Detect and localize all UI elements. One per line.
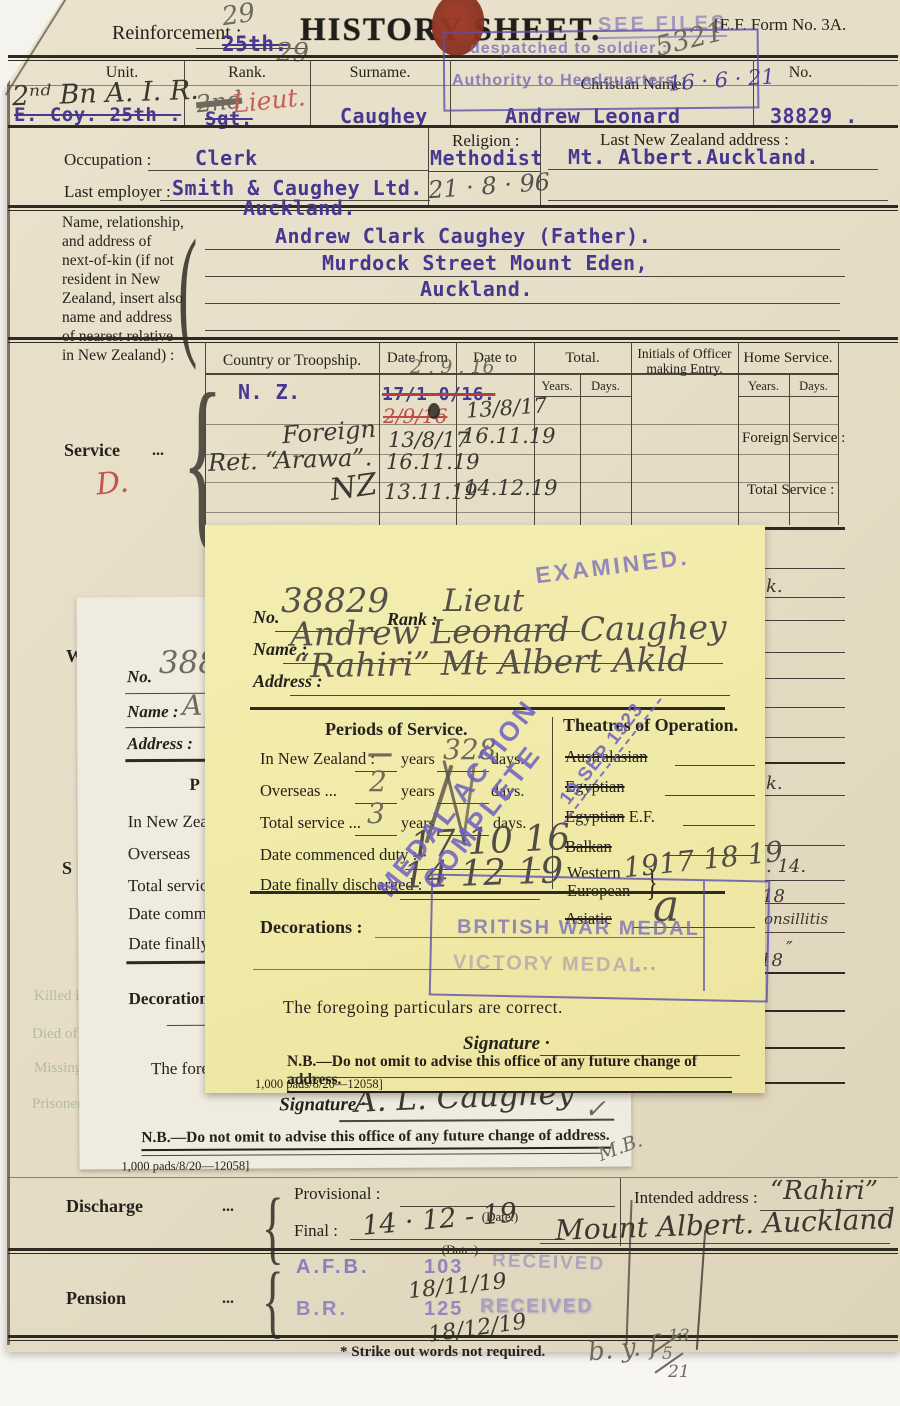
last-nz-address-value: Mt. Albert.Auckland. [568, 145, 819, 169]
wc-overseas: Overseas [128, 844, 190, 864]
wc-in-nz-frag: In New Zea [128, 812, 208, 832]
service-row1-country: N. Z. [238, 380, 301, 404]
ghost-label-died: Died of [32, 1026, 77, 1043]
rule [8, 205, 898, 208]
total-service-label: Total Service : [747, 482, 834, 499]
col-initials-officer: Initials of Officer making Entry. [633, 346, 736, 376]
nok-label-line: next-of-kin (if not [62, 251, 196, 270]
yellow-medal-card: EXAMINED. No. 38829 Rank : Lieut Name : … [205, 525, 765, 1093]
hline [755, 527, 845, 530]
col-surname: Surname. [310, 64, 450, 82]
last-employer-label: Last employer : [64, 182, 171, 202]
yc-no-label: No. [253, 607, 280, 628]
hline [760, 568, 845, 569]
hline [665, 795, 755, 796]
subcol-years: Years. [534, 379, 580, 394]
reinforcement-pencil: 29 [220, 0, 257, 32]
theatre-western-value: 1917 18 19 [622, 835, 785, 885]
provisional-label: Provisional : [294, 1184, 380, 1204]
hline [148, 170, 428, 171]
hline [125, 727, 207, 728]
wc-periods-frag: P [189, 775, 199, 795]
yc-signature-label: Signature · [463, 1033, 550, 1055]
hline [534, 396, 631, 397]
decorations-label: Decorations : [260, 917, 362, 938]
hline [760, 1082, 845, 1084]
occupation-value: Clerk [195, 146, 258, 170]
service-d-mark: D. [94, 464, 130, 502]
hline [350, 1239, 565, 1240]
hline [290, 695, 730, 696]
unit-struck: E. Coy. 25th . [14, 104, 181, 126]
subcol-days: Days. [580, 379, 631, 394]
employer-city-value: Auckland. [243, 196, 356, 220]
ghost-label-missing: Missing [34, 1060, 82, 1077]
footer-fraction-top: 13 [668, 1326, 690, 1346]
vline [703, 881, 705, 991]
theatres-of-operation-title: Theatres of Operation. [563, 715, 738, 736]
margin-frag: ″ [786, 938, 793, 959]
wc-no-label: No. [127, 667, 152, 687]
foreign-service-label: Foreign Service : [742, 430, 845, 447]
victory-medal-stamp: VICTORY MEDAL [453, 951, 643, 977]
hline [205, 512, 838, 513]
despatch-stamp-line2: Authority to Headquarters : [452, 72, 687, 90]
wc-foregoing-frag: The fore [151, 1059, 209, 1079]
ghost-label-prisoner: Prisoner [32, 1096, 82, 1113]
nok-label-line: Name, relationship, [62, 213, 196, 232]
hline [760, 932, 845, 933]
hline [760, 903, 845, 904]
service-row4-to: 14.12.19 [464, 476, 558, 500]
hline [8, 1177, 898, 1178]
service-pencil-date: 2 . 9 . 16 [410, 356, 495, 378]
years-word: years [401, 783, 435, 801]
col-rank: Rank. [184, 64, 310, 82]
hline [760, 737, 845, 738]
hline [760, 795, 845, 796]
br-stamp: B.R. [296, 1298, 348, 1321]
strike-note: * Strike out words not required. [340, 1344, 545, 1361]
footer-pencil-initials: b. y. f [587, 1330, 660, 1367]
margin-frag: onsillitis [764, 910, 828, 928]
rule [8, 337, 898, 340]
col-home-service: Home Service. [740, 350, 836, 367]
pension-label: Pension [66, 1288, 126, 1309]
hline [760, 1010, 845, 1012]
service-label: Service [64, 440, 120, 461]
service-row4-country: NZ [328, 467, 380, 508]
vline [738, 342, 739, 525]
discharge-label: Discharge [66, 1196, 143, 1217]
rule [125, 759, 207, 762]
hline [339, 1119, 614, 1122]
wc-signature-label: Signature · [279, 1094, 366, 1116]
hline [760, 880, 845, 881]
nok-line1: Andrew Clark Caughey (Father). [275, 224, 651, 248]
discharge-dots: ... [222, 1198, 234, 1216]
foregoing-text: The foregoing particulars are correct. [283, 997, 563, 1018]
subcol-days: Days. [789, 379, 838, 394]
theatre-egyptian-ef: Egyptian E.F. [565, 807, 655, 827]
hline [738, 396, 838, 397]
afb-received-stamp: RECEIVED [492, 1250, 606, 1276]
examined-stamp: EXAMINED. [534, 544, 691, 590]
theatre-balkan: Balkan [565, 837, 612, 857]
hline [205, 249, 840, 250]
yc-address-value: “Rahiri” Mt Albert Akld [293, 640, 689, 686]
hline [205, 373, 838, 375]
ghost-label-sick: S [62, 858, 72, 879]
hline [675, 765, 755, 766]
nok-label-line: name and address [62, 308, 196, 327]
hline [548, 200, 888, 201]
wc-nb-note: N.B.—Do not omit to advise this office o… [141, 1127, 611, 1151]
pension-dots: ... [222, 1290, 234, 1308]
history-sheet-scan: Reinforcement : 29 25th. 29 HISTORY SHEE… [0, 0, 900, 1406]
margin-frag: k. [766, 576, 783, 597]
overseas-years-value: 2 [369, 765, 387, 798]
hline [760, 652, 845, 653]
service-row2-to: 16.11.19 [462, 424, 556, 448]
rule [8, 1335, 898, 1338]
hline [760, 1047, 845, 1049]
british-war-medal-stamp: BRITISH WAR MEDAL [457, 916, 700, 941]
rule [8, 1340, 898, 1341]
hline [355, 835, 397, 836]
hline [205, 330, 840, 331]
overseas-label: Overseas ... [260, 781, 337, 801]
wc-decorations-frag: Decoration [129, 989, 209, 1009]
hline [205, 303, 840, 304]
yc-pads-note: 1,000 pads/8/20—12058] [255, 1077, 383, 1092]
total-years-value: 3 [367, 797, 385, 830]
rule [8, 1248, 898, 1251]
hline [548, 169, 878, 170]
wc-date-final-frag: Date finally [128, 934, 209, 954]
ink-smudge [428, 403, 440, 419]
hline [141, 1153, 601, 1156]
nok-line3: Auckland. [420, 277, 533, 301]
hline [683, 825, 755, 826]
theatre-egyptian-ef-rest: E.F. [625, 807, 655, 826]
col-total: Total. [534, 350, 631, 367]
years-word: years [401, 751, 435, 769]
nok-label-line: resident in New [62, 270, 196, 289]
total-service-label: Total service ... [260, 813, 361, 833]
nok-label-line: and address of [62, 232, 196, 251]
hline [760, 597, 845, 598]
hline [167, 1025, 209, 1026]
final-label: Final : [294, 1221, 338, 1241]
nok-line2: Murdock Street Mount Eden, [322, 251, 648, 275]
nok-label-line: in New Zealand) : [62, 346, 196, 365]
margin-frag: k. [766, 773, 783, 794]
hline [760, 972, 845, 974]
wc-pads-note: 1,000 pads/8/20—12058] [121, 1159, 249, 1175]
hline [760, 620, 845, 621]
service-row3-from: 16.11.19 [386, 450, 480, 474]
hline [760, 762, 845, 764]
vline [379, 342, 380, 525]
rule [8, 342, 898, 343]
rule [8, 125, 898, 128]
wc-name-frag: A [182, 689, 202, 722]
vline [631, 342, 632, 525]
religion-value: Methodist [430, 146, 543, 170]
nok-label-line: Zealand, insert also [62, 289, 196, 308]
footer-fraction-bot: 21 [668, 1362, 690, 1382]
rule [8, 1253, 898, 1254]
despatch-stamp-line1: despatched to soldier : [470, 40, 668, 58]
wc-name-label: Name : [127, 702, 179, 722]
rule [126, 961, 208, 964]
in-nz-label: In New Zealand : [260, 749, 375, 769]
left-scan-edge [7, 55, 10, 1345]
subcol-years: Years. [738, 379, 789, 394]
afb-stamp: A.F.B. [296, 1256, 370, 1279]
wc-tick: ✓ [584, 1095, 606, 1125]
col-country-troopship: Country or Troopship. [205, 352, 379, 370]
intended-address-label: Intended address : [634, 1188, 758, 1208]
wc-date-comm-frag: Date comme [128, 904, 214, 924]
hline [540, 1243, 890, 1244]
service-dots: ... [152, 442, 164, 460]
hline [760, 707, 845, 708]
victory-medal-dots: ... [635, 953, 658, 976]
nok-bracket: ( [178, 208, 197, 374]
rule [8, 210, 898, 211]
wc-total-service: Total service [128, 876, 215, 896]
hline [760, 678, 845, 679]
wc-address-label: Address : [127, 734, 193, 754]
occupation-label: Occupation : [64, 150, 151, 170]
intended-address-value1: “Rahiri” [770, 1176, 878, 1206]
pension-bracket: { [262, 1254, 284, 1348]
service-row2-from: 13/8/17 [388, 428, 469, 452]
